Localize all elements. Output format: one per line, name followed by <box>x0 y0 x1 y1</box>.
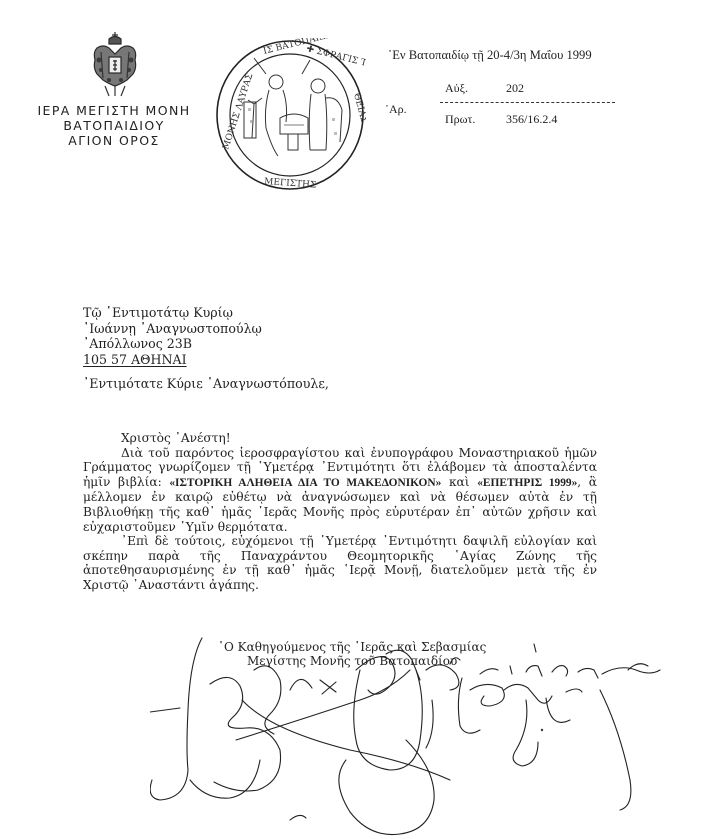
reference-ar-label: ῾Αρ. <box>385 102 407 117</box>
addressee-line: Τῷ ῾Εντιμοτάτῳ Κυρίῳ <box>83 305 262 321</box>
body-paragraph-2: ᾿Επὶ δὲ τούτοις, εὐχόμενοι τῇ ῾Υμετέρᾳ ᾿… <box>83 534 597 592</box>
handwritten-signature-icon <box>150 630 706 839</box>
salutation: ᾿Εντιμότατε Κύριε ᾿Αναγνωστόπουλε, <box>83 376 329 391</box>
reference-protocol-label: Πρωτ. <box>445 112 475 127</box>
double-headed-eagle-crest-icon <box>89 30 141 98</box>
monastery-name-line: ΒΑΤΟΠΑΙΔΙΟΥ <box>18 118 210 133</box>
monastery-seal-icon: ΙΣ ΒΑΤΟΠΑΙΔΙΣ ✚ ΣΦΡΑΓΙΣ ΤΗΣ ΜΟΝΗΣ ΛΑΥΡΑΣ… <box>214 38 366 192</box>
addressee-postal-line: 105 57 ΑΘΗΝΑΙ <box>83 352 262 368</box>
date-line: ῾Εν Βατοπαιδίῳ τῇ 20-4/3η Μαΐου 1999 <box>388 48 592 63</box>
letter-body: Χριστὸς ᾿Ανέστη! Διὰ τοῦ παρόντος ἱεροσφ… <box>83 431 597 593</box>
monastery-name: ΙΕΡΑ ΜΕΓΙΣΤΗ ΜΟΝΗ ΒΑΤΟΠΑΙΔΙΟΥ ΑΓΙΟΝ ΟΡΟΣ <box>18 103 210 148</box>
body-paragraph-1: Διὰ τοῦ παρόντος ἱεροσφραγίστου καὶ ἐνυπ… <box>83 446 597 535</box>
reference-divider <box>440 102 615 103</box>
paragraph-text: καὶ <box>441 475 477 489</box>
addressee-line: ᾿Απόλλωνος 23Β <box>83 336 262 352</box>
monastery-name-line: ΑΓΙΟΝ ΟΡΟΣ <box>18 133 210 148</box>
svg-text:ΜΕΓΙΣΤΗΣ: ΜΕΓΙΣΤΗΣ <box>264 177 317 191</box>
svg-text:ΘΕΙΑΣ: ΘΕΙΑΣ <box>351 92 366 124</box>
greeting: Χριστὸς ᾿Ανέστη! <box>83 431 597 446</box>
book-title: «ΙΣΤΟΡΙΚΗ ΑΛΗΘΕΙΑ ΔΙΑ ΤΟ ΜΑΚΕΔΟΝΙΚΟΝ» <box>169 477 441 489</box>
reference-aux-value: 202 <box>506 81 524 96</box>
addressee-block: Τῷ ῾Εντιμοτάτῳ Κυρίῳ ᾿Ιωάννῃ ᾿Αναγνωστοπ… <box>83 305 262 367</box>
addressee-line: ᾿Ιωάννῃ ᾿Αναγνωστοπούλῳ <box>83 321 262 337</box>
reference-number-block: ῾Αρ. Αὐξ. 202 Πρωτ. 356/16.2.4 <box>385 78 625 128</box>
reference-aux-label: Αὐξ. <box>445 81 468 96</box>
reference-protocol-value: 356/16.2.4 <box>506 112 557 127</box>
monastery-name-line: ΙΕΡΑ ΜΕΓΙΣΤΗ ΜΟΝΗ <box>18 103 210 118</box>
book-title: «ΕΠΕΤΗΡΙΣ 1999» <box>477 477 577 489</box>
svg-text:✚ ΣΦΡΑΓΙΣ ΤΗΣ: ✚ ΣΦΡΑΓΙΣ ΤΗΣ <box>305 44 366 72</box>
